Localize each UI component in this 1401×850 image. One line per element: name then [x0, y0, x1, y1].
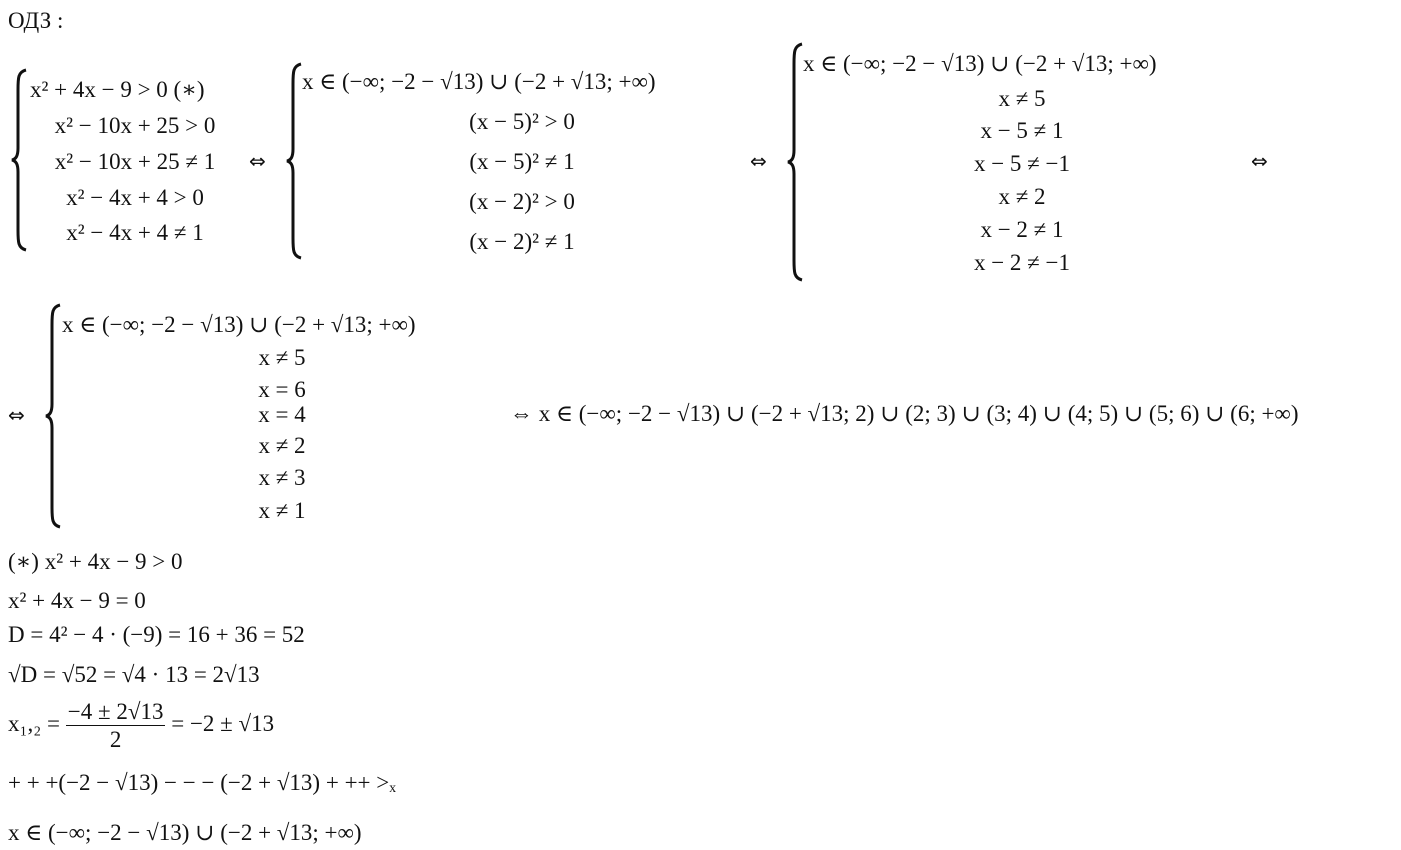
system-3-row: x − 5 ≠ −1	[974, 152, 1070, 175]
sign-chart-line: + + +(−2 − √13) − − − (−2 + √13) + ++ >ₓ	[8, 771, 396, 794]
roots-lhs: x₁,₂ =	[8, 711, 60, 736]
roots-rhs: = −2 ± √13	[171, 711, 274, 736]
system-4-row: x ≠ 3	[258, 466, 305, 489]
system-4-row: x = 6	[258, 378, 305, 401]
system-3-row: x ≠ 5	[998, 87, 1045, 110]
system-1-row: x² + 4x − 9 > 0 (∗)	[30, 78, 205, 101]
system-3-row: x − 2 ≠ 1	[980, 218, 1063, 241]
system-3-row: x ≠ 2	[998, 185, 1045, 208]
system-3-row: x − 5 ≠ 1	[980, 119, 1063, 142]
equivalence-arrow: ⇔	[8, 405, 25, 425]
left-brace-system-2	[285, 62, 303, 260]
left-brace-system-4	[44, 303, 62, 529]
solution-answer: x ∈ (−∞; −2 − √13) ∪ (−2 + √13; +∞)	[8, 821, 362, 844]
left-brace-system-1	[10, 68, 28, 252]
equivalence-arrow: ⇔	[750, 151, 767, 171]
system-1-row: x² − 4x + 4 ≠ 1	[66, 221, 203, 244]
system-4-row: x ∈ (−∞; −2 − √13) ∪ (−2 + √13; +∞)	[62, 313, 416, 336]
system-4-row: x ≠ 5	[258, 346, 305, 369]
equivalence-arrow: ⇔	[249, 151, 266, 171]
roots-fraction: −4 ± 2√13 2	[66, 700, 166, 751]
solution-line-roots: x₁,₂ = −4 ± 2√13 2 = −2 ± √13	[8, 700, 274, 751]
system-4-row: x ≠ 1	[258, 499, 305, 522]
system-2-row: (x − 5)² ≠ 1	[469, 150, 574, 173]
system-2-row: (x − 5)² > 0	[469, 110, 575, 133]
system-2-row: (x − 2)² > 0	[469, 190, 575, 213]
final-answer: ⇔ x ∈ (−∞; −2 − √13) ∪ (−2 + √13; 2) ∪ (…	[510, 402, 1298, 425]
system-3-row: x − 2 ≠ −1	[974, 251, 1070, 274]
system-1-row: x² − 10x + 25 ≠ 1	[55, 150, 215, 173]
odz-heading: ОДЗ :	[8, 9, 63, 32]
solution-line-equation: x² + 4x − 9 = 0	[8, 589, 146, 612]
equivalence-arrow: ⇔	[1251, 151, 1268, 171]
system-3-row: x ∈ (−∞; −2 − √13) ∪ (−2 + √13; +∞)	[803, 52, 1157, 75]
system-1-row: x² − 10x + 25 > 0	[55, 114, 216, 137]
solution-line-discriminant: D = 4² − 4 · (−9) = 16 + 36 = 52	[8, 623, 305, 646]
system-2-row: (x − 2)² ≠ 1	[469, 230, 574, 253]
solution-line-sqrt-discriminant: √D = √52 = √4 · 13 = 2√13	[8, 663, 260, 686]
system-1-row: x² − 4x + 4 > 0	[66, 186, 204, 209]
system-4-row: x ≠ 2	[258, 434, 305, 457]
roots-numerator: −4 ± 2√13	[66, 700, 166, 726]
solution-line-inequality: (∗) x² + 4x − 9 > 0	[8, 550, 183, 573]
system-4-row: x = 4	[258, 403, 305, 426]
system-2-row: x ∈ (−∞; −2 − √13) ∪ (−2 + √13; +∞)	[302, 70, 656, 93]
left-brace-system-3	[786, 42, 804, 282]
roots-denominator: 2	[66, 726, 166, 751]
